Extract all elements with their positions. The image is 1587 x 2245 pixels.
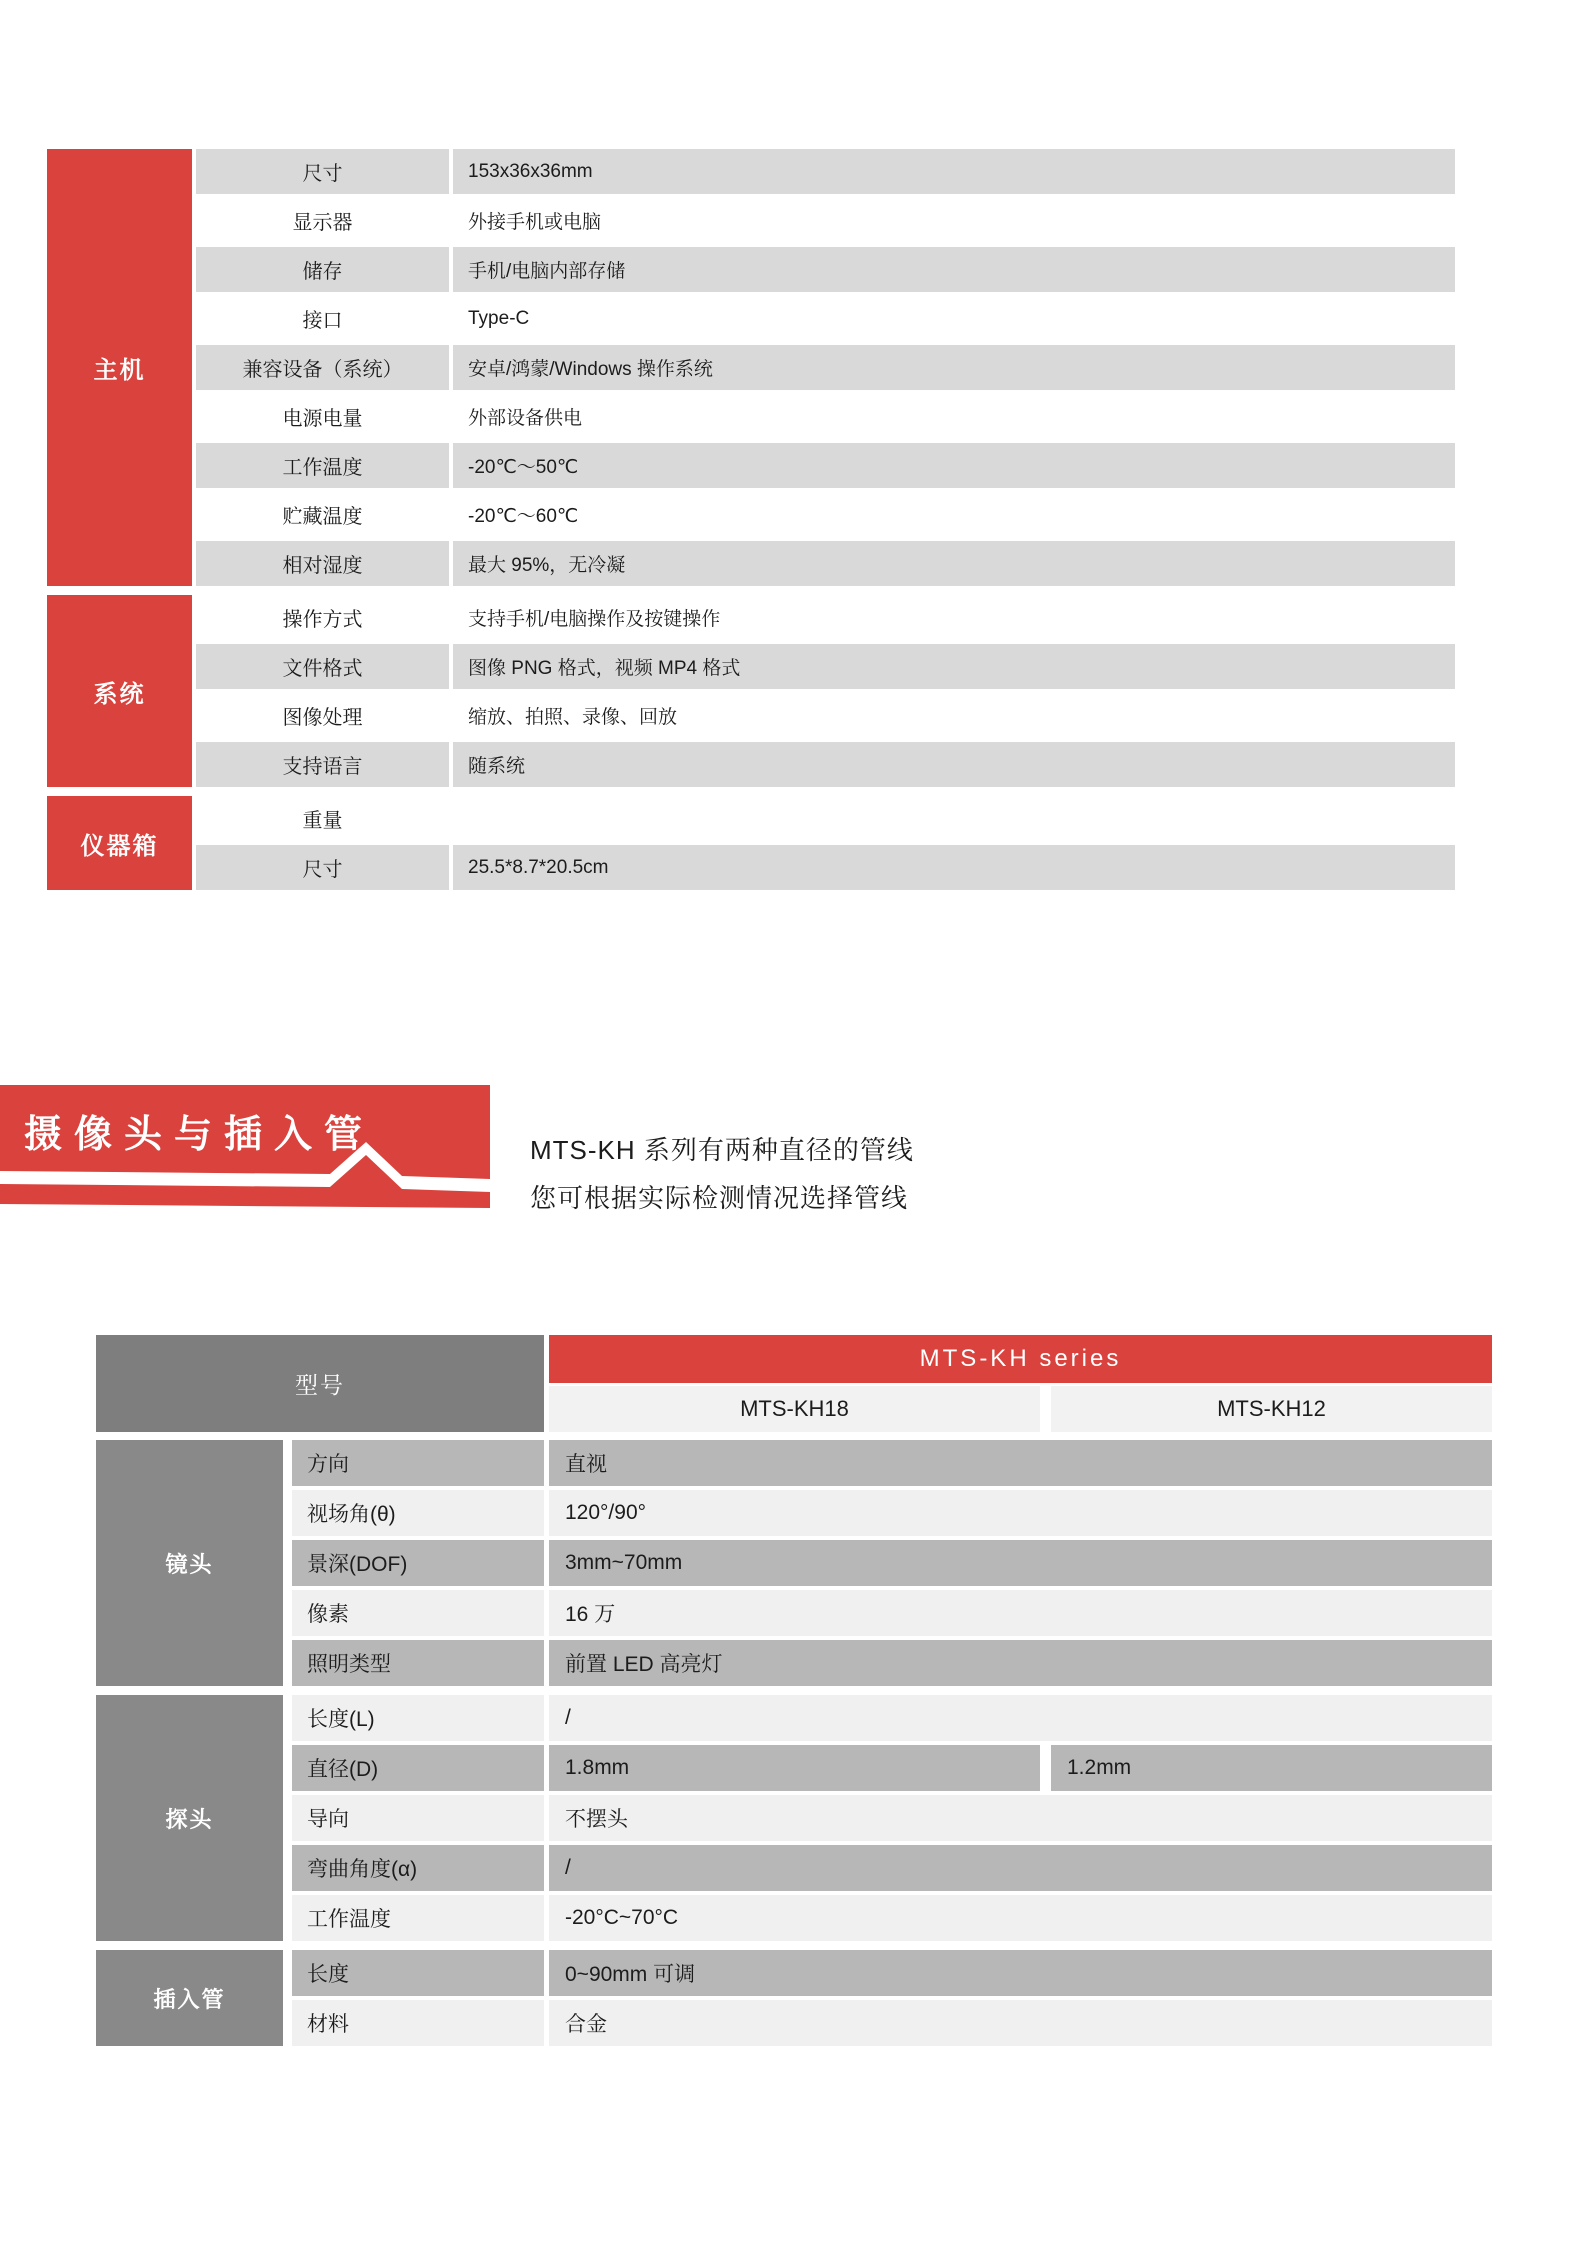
spec-section-case: 仪器箱 重量 尺寸 25.5*8.7*20.5cm bbox=[47, 796, 1455, 890]
spec-row: 接口 Type-C bbox=[196, 296, 1455, 341]
spec-label: 直径(D) bbox=[292, 1745, 544, 1791]
spec-value: 外部设备供电 bbox=[453, 394, 1455, 439]
spec-value: 不摆头 bbox=[549, 1795, 1492, 1841]
spec-row: 材料 合金 bbox=[292, 2000, 1492, 2046]
category-cell-probe: 探头 bbox=[96, 1695, 283, 1941]
spec-label: 工作温度 bbox=[196, 443, 449, 488]
intro-text: MTS-KH 系列有两种直径的管线 您可根据实际检测情况选择管线 bbox=[530, 1126, 914, 1222]
category-cell-lens: 镜头 bbox=[96, 1440, 283, 1686]
spec-value: 16 万 bbox=[549, 1590, 1492, 1636]
spec-value: / bbox=[549, 1845, 1492, 1891]
model-column-kh18: MTS-KH18 bbox=[549, 1386, 1040, 1432]
spec-label: 景深(DOF) bbox=[292, 1540, 544, 1586]
category-cell-system: 系统 bbox=[47, 595, 192, 787]
spec-label: 工作温度 bbox=[292, 1895, 544, 1941]
spec-row: 贮藏温度 -20℃～60℃ bbox=[196, 492, 1455, 537]
spec-value: -20℃～60℃ bbox=[453, 492, 1455, 537]
category-cell-host: 主机 bbox=[47, 149, 192, 586]
section-probe: 探头 长度(L) / 直径(D) 1.8mm 1.2mm 导向 不摆头 bbox=[96, 1695, 1492, 1941]
spec-label: 操作方式 bbox=[196, 595, 449, 640]
spec-value: / bbox=[549, 1695, 1492, 1741]
spec-row: 文件格式 图像 PNG 格式，视频 MP4 格式 bbox=[196, 644, 1455, 689]
spec-label: 储存 bbox=[196, 247, 449, 292]
model-table-header: 型号 MTS-KH series MTS-KH18 MTS-KH12 bbox=[96, 1335, 1492, 1432]
category-cell-insertion-tube: 插入管 bbox=[96, 1950, 283, 2046]
spec-row: 兼容设备（系统） 安卓/鸿蒙/Windows 操作系统 bbox=[196, 345, 1455, 390]
spec-row: 弯曲角度(α) / bbox=[292, 1845, 1492, 1891]
spec-section-system: 系统 操作方式 支持手机/电脑操作及按键操作 文件格式 图像 PNG 格式，视频… bbox=[47, 595, 1455, 787]
spec-label: 长度(L) bbox=[292, 1695, 544, 1741]
spec-row: 方向 直视 bbox=[292, 1440, 1492, 1486]
spec-label: 重量 bbox=[196, 796, 449, 841]
spec-label: 相对湿度 bbox=[196, 541, 449, 586]
spec-value: 120°/90° bbox=[549, 1490, 1492, 1536]
intro-line-1: MTS-KH 系列有两种直径的管线 bbox=[530, 1126, 914, 1174]
spec-value: 缩放、拍照、录像、回放 bbox=[453, 693, 1455, 738]
spec-value: -20°C~70°C bbox=[549, 1895, 1492, 1941]
spec-label: 文件格式 bbox=[196, 644, 449, 689]
spec-row: 尺寸 153x36x36mm bbox=[196, 149, 1455, 194]
model-column-kh12: MTS-KH12 bbox=[1051, 1386, 1492, 1432]
spec-label: 尺寸 bbox=[196, 845, 449, 890]
spec-row: 重量 bbox=[196, 796, 1455, 841]
spec-value: 153x36x36mm bbox=[453, 149, 1455, 194]
camera-tube-table: 型号 MTS-KH series MTS-KH18 MTS-KH12 镜头 方向… bbox=[96, 1335, 1492, 2046]
spec-value: 支持手机/电脑操作及按键操作 bbox=[453, 595, 1455, 640]
spec-row: 电源电量 外部设备供电 bbox=[196, 394, 1455, 439]
spec-label: 像素 bbox=[292, 1590, 544, 1636]
spec-label: 方向 bbox=[292, 1440, 544, 1486]
spec-label: 接口 bbox=[196, 296, 449, 341]
spec-row: 景深(DOF) 3mm~70mm bbox=[292, 1540, 1492, 1586]
spec-row: 导向 不摆头 bbox=[292, 1795, 1492, 1841]
spec-label: 照明类型 bbox=[292, 1640, 544, 1686]
spec-value: 最大 95%，无冷凝 bbox=[453, 541, 1455, 586]
spec-value bbox=[453, 796, 1455, 841]
spec-label: 弯曲角度(α) bbox=[292, 1845, 544, 1891]
spec-row: 图像处理 缩放、拍照、录像、回放 bbox=[196, 693, 1455, 738]
spec-value: 0~90mm 可调 bbox=[549, 1950, 1492, 1996]
spec-row: 支持语言 随系统 bbox=[196, 742, 1455, 787]
spec-label: 材料 bbox=[292, 2000, 544, 2046]
banner-title: 摄像头与插入管 bbox=[24, 1103, 464, 1158]
spec-row: 储存 手机/电脑内部存储 bbox=[196, 247, 1455, 292]
spec-label: 导向 bbox=[292, 1795, 544, 1841]
spec-section-host: 主机 尺寸 153x36x36mm 显示器 外接手机或电脑 储存 手机/电脑内部… bbox=[47, 149, 1455, 586]
spec-value-kh12: 1.2mm bbox=[1051, 1745, 1492, 1791]
intro-line-2: 您可根据实际检测情况选择管线 bbox=[530, 1174, 914, 1222]
spec-row-diameter: 直径(D) 1.8mm 1.2mm bbox=[292, 1745, 1492, 1791]
spec-row: 显示器 外接手机或电脑 bbox=[196, 198, 1455, 243]
spec-row: 相对湿度 最大 95%，无冷凝 bbox=[196, 541, 1455, 586]
spec-label: 图像处理 bbox=[196, 693, 449, 738]
spec-row: 长度(L) / bbox=[292, 1695, 1492, 1741]
spec-value: 25.5*8.7*20.5cm bbox=[453, 845, 1455, 890]
section-banner: 摄像头与插入管 bbox=[0, 1085, 490, 1209]
spec-value: 外接手机或电脑 bbox=[453, 198, 1455, 243]
spec-row: 尺寸 25.5*8.7*20.5cm bbox=[196, 845, 1455, 890]
spec-value: 随系统 bbox=[453, 742, 1455, 787]
spec-row: 长度 0~90mm 可调 bbox=[292, 1950, 1492, 1996]
host-spec-table: 主机 尺寸 153x36x36mm 显示器 外接手机或电脑 储存 手机/电脑内部… bbox=[47, 149, 1455, 899]
spec-value: -20℃～50℃ bbox=[453, 443, 1455, 488]
section-insertion-tube: 插入管 长度 0~90mm 可调 材料 合金 bbox=[96, 1950, 1492, 2046]
spec-value: 图像 PNG 格式，视频 MP4 格式 bbox=[453, 644, 1455, 689]
spec-label: 长度 bbox=[292, 1950, 544, 1996]
spec-value: 前置 LED 高亮灯 bbox=[549, 1640, 1492, 1686]
spec-label: 支持语言 bbox=[196, 742, 449, 787]
spec-value: Type-C bbox=[453, 296, 1455, 341]
spec-row: 像素 16 万 bbox=[292, 1590, 1492, 1636]
model-label-cell: 型号 bbox=[96, 1335, 544, 1432]
spec-row: 工作温度 -20℃～50℃ bbox=[196, 443, 1455, 488]
spec-row: 工作温度 -20°C~70°C bbox=[292, 1895, 1492, 1941]
spec-value: 3mm~70mm bbox=[549, 1540, 1492, 1586]
spec-label: 兼容设备（系统） bbox=[196, 345, 449, 390]
section-lens: 镜头 方向 直视 视场角(θ) 120°/90° 景深(DOF) 3mm~70m… bbox=[96, 1440, 1492, 1686]
spec-value: 合金 bbox=[549, 2000, 1492, 2046]
spec-value: 手机/电脑内部存储 bbox=[453, 247, 1455, 292]
spec-label: 贮藏温度 bbox=[196, 492, 449, 537]
spec-value: 直视 bbox=[549, 1440, 1492, 1486]
spec-row: 视场角(θ) 120°/90° bbox=[292, 1490, 1492, 1536]
spec-value-kh18: 1.8mm bbox=[549, 1745, 1040, 1791]
spec-sheet-page: 主机 尺寸 153x36x36mm 显示器 外接手机或电脑 储存 手机/电脑内部… bbox=[0, 0, 1587, 2245]
spec-label: 电源电量 bbox=[196, 394, 449, 439]
spec-label: 显示器 bbox=[196, 198, 449, 243]
spec-row: 照明类型 前置 LED 高亮灯 bbox=[292, 1640, 1492, 1686]
spec-row: 操作方式 支持手机/电脑操作及按键操作 bbox=[196, 595, 1455, 640]
spec-value: 安卓/鸿蒙/Windows 操作系统 bbox=[453, 345, 1455, 390]
category-cell-case: 仪器箱 bbox=[47, 796, 192, 890]
spec-label: 尺寸 bbox=[196, 149, 449, 194]
series-header-cell: MTS-KH series bbox=[549, 1335, 1492, 1383]
spec-label: 视场角(θ) bbox=[292, 1490, 544, 1536]
